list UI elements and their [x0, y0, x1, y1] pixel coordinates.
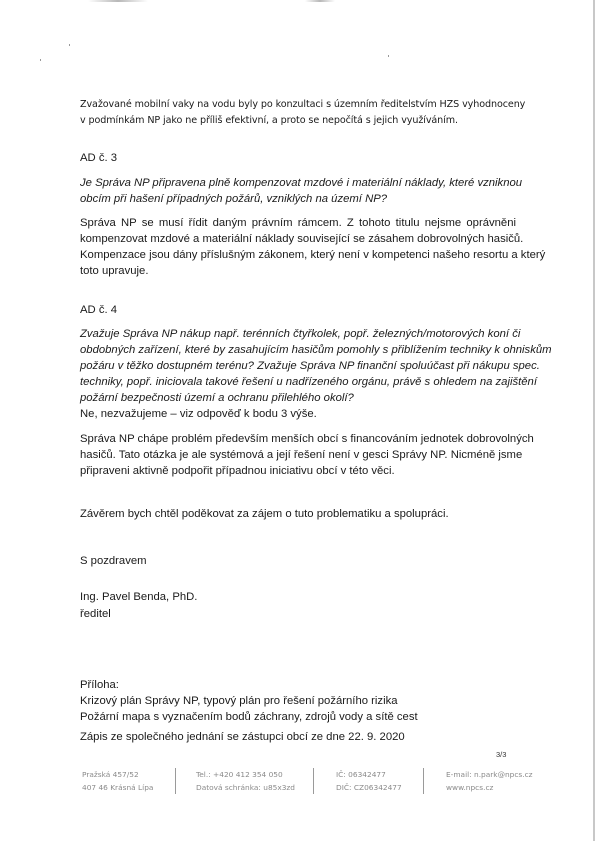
signature-name: Ing. Pavel Benda, PhD.	[80, 589, 516, 605]
attachment-item: Krizový plán Správy NP, typový plán pro …	[80, 693, 516, 709]
footer-web: E-mail: n.park@npcs.cz www.npcs.cz	[446, 768, 533, 794]
section-3-answer-line: toto upravuje.	[80, 263, 516, 279]
footer-address-city: 407 46 Krásná Lípa	[82, 781, 153, 794]
attachment-item: Zápis ze společného jednání se zástupci …	[80, 729, 516, 745]
footer-divider	[313, 768, 314, 794]
section-4-question-line: požáru v těžko dostupném terénu? Zvažuje…	[80, 358, 516, 374]
section-3-question-line: Je Správa NP připravena plně kompenzovat…	[80, 175, 516, 191]
document-page: Zvažované mobilní vaky na vodu byly po k…	[0, 0, 595, 841]
footer-email[interactable]: E-mail: n.park@npcs.cz	[446, 768, 533, 781]
scan-speck	[388, 55, 389, 57]
scan-speck	[69, 44, 70, 46]
section-4-question-line: techniky, popř. iniciovala takové řešení…	[80, 374, 516, 390]
footer-divider	[423, 768, 424, 794]
section-3-question-line: obcím při hašení případných požárů, vzni…	[80, 191, 516, 207]
section-3-answer-line: Správa NP se musí řídit daným právním rá…	[80, 215, 516, 231]
footer-phone: Tel.: +420 412 354 050	[196, 768, 295, 781]
footer-contact: Tel.: +420 412 354 050 Datová schránka: …	[196, 768, 295, 794]
section-4-answer-short: Ne, nezvažujeme – viz odpověď k bodu 3 v…	[80, 406, 516, 422]
attachment-item: Požární mapa s vyznačením bodů záchrany,…	[80, 709, 516, 725]
footer-ico: IČ: 06342477	[336, 768, 402, 781]
footer-address: Pražská 457/52 407 46 Krásná Lípa	[82, 768, 153, 794]
closing-text: Závěrem bych chtěl poděkovat za zájem o …	[80, 506, 516, 522]
section-4-answer-line: Správa NP chápe problém především menšíc…	[80, 431, 516, 447]
section-3-answer-line: Kompenzace jsou dány příslušným zákonem,…	[80, 247, 516, 263]
footer-databox: Datová schránka: u85x3zd	[196, 781, 295, 794]
footer-divider	[175, 768, 176, 794]
footer-address-street: Pražská 457/52	[82, 768, 153, 781]
footer-dic: DIČ: CZ06342477	[336, 781, 402, 794]
section-3-heading: AD č. 3	[80, 150, 516, 166]
section-4-question-line: požární bezpečnosti území a ochranu přil…	[80, 390, 516, 406]
section-4-question-line: Zvažuje Správa NP nákup např. terénních …	[80, 326, 516, 342]
scan-artifact	[305, 0, 335, 2]
salutation: S pozdravem	[80, 553, 516, 569]
section-3-answer-line: kompenzovat mzdové a materiální náklady …	[80, 231, 516, 247]
section-4-question-line: obdobných zařízení, které by zasahujícím…	[80, 342, 516, 358]
intro-line: v podmínkám NP jako ne příliš efektivní,…	[80, 113, 516, 129]
scan-speck	[40, 59, 41, 61]
footer-website[interactable]: www.npcs.cz	[446, 781, 533, 794]
intro-line: Zvažované mobilní vaky na vodu byly po k…	[80, 97, 516, 113]
section-4-heading: AD č. 4	[80, 302, 516, 318]
attachments-label: Příloha:	[80, 677, 516, 693]
scan-artifact	[88, 0, 148, 2]
footer-ids: IČ: 06342477 DIČ: CZ06342477	[336, 768, 402, 794]
section-4-answer-line: hasičů. Tato otázka je ale systémová a j…	[80, 447, 516, 463]
section-4-answer-line: připraveni aktivně podpořit případnou in…	[80, 463, 516, 479]
page-number: 3/3	[496, 750, 506, 759]
signature-title: ředitel	[80, 606, 516, 622]
